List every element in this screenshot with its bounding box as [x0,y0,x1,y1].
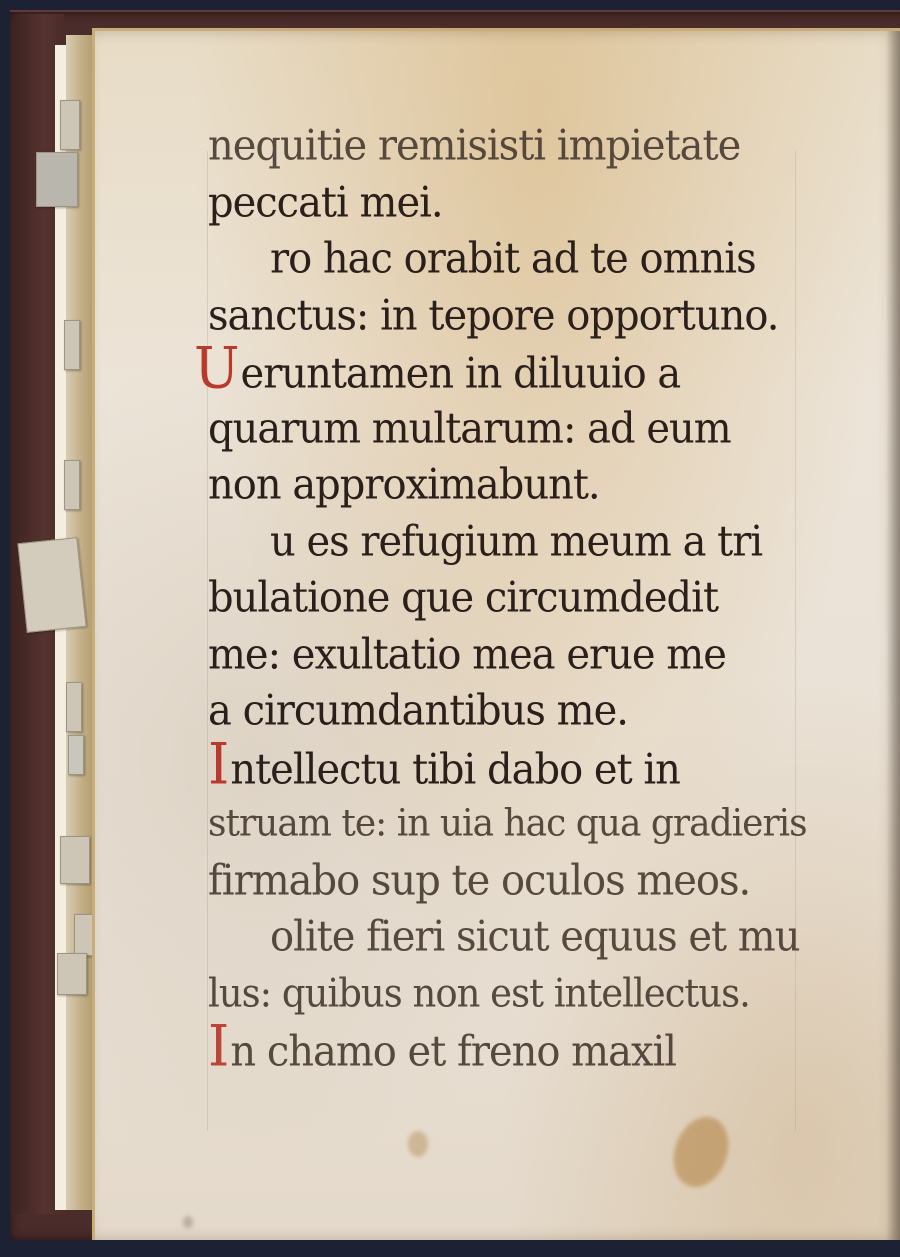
manuscript-text-block: nequitie remisisti impietate peccati mei… [208,118,828,1079]
text-line: Ueruntamen in diluuio a [194,343,828,402]
leaf-edge-shadow [886,31,900,1240]
manuscript-photo: nequitie remisisti impietate peccati mei… [0,0,900,1257]
text-line: me: exultatio mea erue me [208,625,828,684]
page-tab [57,953,87,995]
stain [408,1131,428,1157]
text-line: struam te: in uia hac qua gradieris [208,795,828,854]
text-line: firmabo sup te oculos meos. [208,851,828,910]
stain [183,1216,193,1228]
text-line: nequitie remisisti impietate [208,117,828,176]
text-line: u es refugium meum a tri [208,512,828,571]
red-initial-i: I [208,1021,228,1074]
red-initial-i: I [208,738,228,791]
text-line: peccati mei. [208,173,828,232]
page-tab [64,320,80,370]
page-tab [64,460,80,510]
page-tab [66,682,82,732]
text-line: lus: quibus non est intellectus. [208,964,828,1023]
text-line: sanctus: in tepore opportuno. [208,286,828,345]
page-tab [60,836,90,884]
text-line: bulatione que circumdedit [208,569,828,628]
text-line: Intellectu tibi dabo et in [208,738,828,797]
text-line: ro hac orabit ad te omnis [208,230,828,289]
text-line: a circumdantibus me. [208,682,828,741]
text-line: olite fieri sicut equus et mu [208,908,828,967]
page-tab [36,152,78,207]
stain [664,1109,737,1194]
page-tab [60,100,80,150]
page-tab [17,537,86,633]
page-tab [68,735,84,775]
text-line: In chamo et freno maxil [208,1021,828,1080]
text-line: quarum multarum: ad eum [208,399,828,458]
red-initial-u: U [194,343,239,396]
text-line: non approximabunt. [208,456,828,515]
